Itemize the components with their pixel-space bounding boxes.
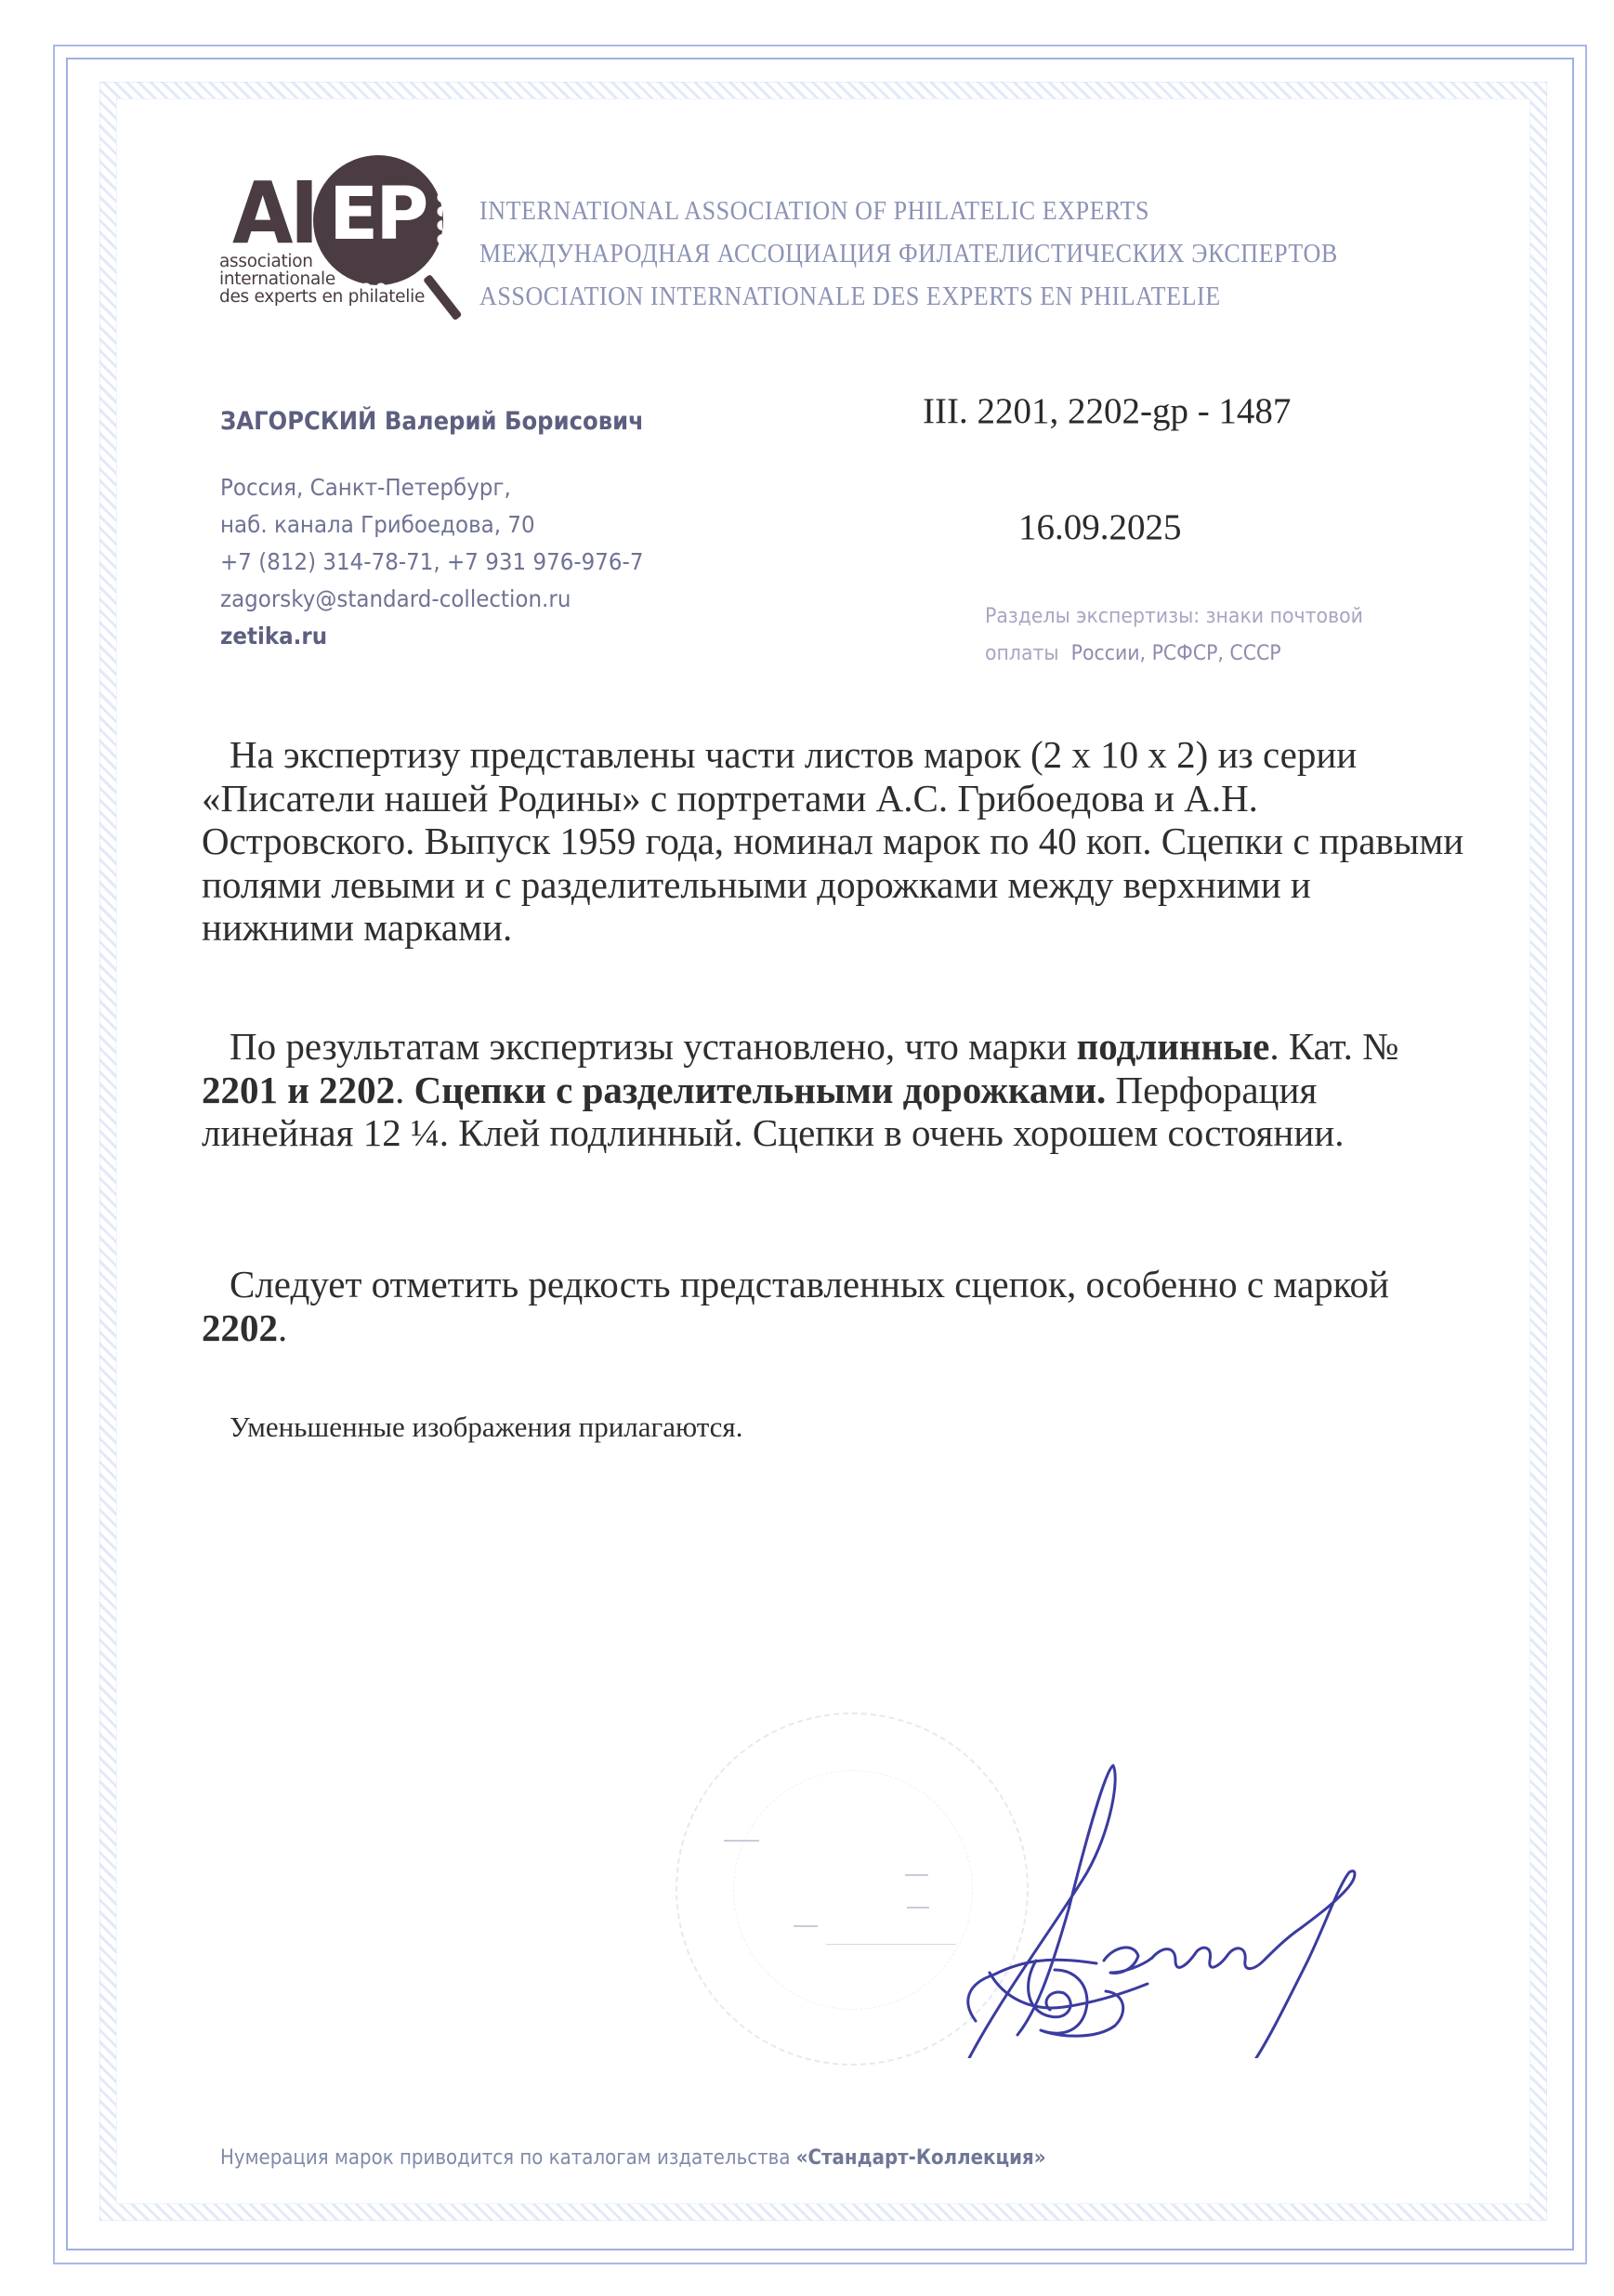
- attachment-note: Уменьшенные изображения прилагаются.: [230, 1410, 742, 1444]
- sections-line: Разделы экспертизы: знаки почтовой: [985, 598, 1363, 636]
- gutter-pairs-note: Сцепки с разделительными дорожками.: [414, 1069, 1107, 1111]
- logo-subtitle: association internationale des experts e…: [219, 253, 425, 306]
- catalog-footnote: Нумерация марок приводится по каталогам …: [220, 2146, 1046, 2170]
- seal-inner-ring: [733, 1770, 973, 2010]
- verdict-authentic: подлинные: [1077, 1025, 1270, 1068]
- address-line: Россия, Санкт-Петербург,: [220, 469, 643, 506]
- expert-contact-block: Россия, Санкт-Петербург, наб. канала Гри…: [220, 469, 643, 655]
- publisher-name: «Стандарт-Коллекция»: [796, 2146, 1046, 2170]
- paragraph-text: Следует отметить редкость представленных…: [202, 1263, 1465, 1349]
- expertise-sections: Разделы экспертизы: знаки почтовой оплат…: [985, 598, 1363, 673]
- address-line: наб. канала Грибоедова, 70: [220, 506, 643, 544]
- text-run: . Кат. №: [1269, 1025, 1398, 1068]
- email-link[interactable]: zagorsky@standard-collection.ru: [220, 581, 643, 618]
- sections-prefix: оплаты: [985, 642, 1059, 665]
- footnote-text: Нумерация марок приводится по каталогам …: [220, 2146, 796, 2170]
- logo-acronym-ai: AI: [232, 177, 316, 251]
- logo-subtitle-line: association: [219, 253, 425, 270]
- catalog-numbers: 2201 и 2202: [202, 1069, 395, 1111]
- seal-mark: [826, 1944, 956, 1945]
- paragraph-text: На экспертизу представлены части листов …: [202, 733, 1465, 950]
- certificate-date: 16.09.2025: [1018, 506, 1182, 548]
- header-line-english: INTERNATIONAL ASSOCIATION OF PHILATELIC …: [479, 197, 1149, 227]
- paragraph-result: По результатам экспертизы установлено, ч…: [202, 1025, 1465, 1155]
- expert-signature: [948, 1761, 1468, 2058]
- header-line-french: ASSOCIATION INTERNATIONALE DES EXPERTS E…: [479, 282, 1221, 312]
- header-line-russian: МЕЖДУНАРОДНАЯ АССОЦИАЦИЯ ФИЛАТЕЛИСТИЧЕСК…: [479, 240, 1338, 269]
- website-link[interactable]: zetika.ru: [220, 618, 643, 655]
- logo-subtitle-line: des experts en philatelie: [219, 288, 425, 306]
- certificate-reference: III. 2201, 2202-gp - 1487: [923, 390, 1291, 432]
- logo-subtitle-line: internationale: [219, 270, 425, 288]
- text-run: Следует отметить редкость представленных…: [230, 1263, 1389, 1305]
- seal-mark: [905, 1874, 928, 1876]
- aiep-logo: AI EP association internationale des exp…: [219, 149, 479, 316]
- seal-mark: [794, 1925, 818, 1927]
- paragraph-rarity: Следует отметить редкость представленных…: [202, 1263, 1465, 1349]
- stamp-perforation-icon: [429, 177, 442, 260]
- text-run: По результатам экспертизы установлено, ч…: [230, 1025, 1077, 1068]
- phone-numbers: +7 (812) 314-78-71, +7 931 976-976-7: [220, 544, 643, 581]
- magnifier-handle-icon: [423, 274, 462, 321]
- sections-values: России, РСФСР, СССР: [1071, 642, 1281, 665]
- sections-line: оплаты России, РСФСР, СССР: [985, 636, 1363, 673]
- text-run: .: [278, 1306, 287, 1349]
- seal-mark: [907, 1907, 929, 1909]
- expert-name: ЗАГОРСКИЙ Валерий Борисович: [220, 407, 644, 436]
- paragraph-submission: На экспертизу представлены части листов …: [202, 733, 1465, 950]
- logo-acronym-ep: EP: [329, 182, 426, 247]
- rare-stamp-number: 2202: [202, 1306, 278, 1349]
- seal-mark: [724, 1840, 759, 1842]
- text-run: .: [395, 1069, 414, 1111]
- paragraph-text: По результатам экспертизы установлено, ч…: [202, 1025, 1465, 1155]
